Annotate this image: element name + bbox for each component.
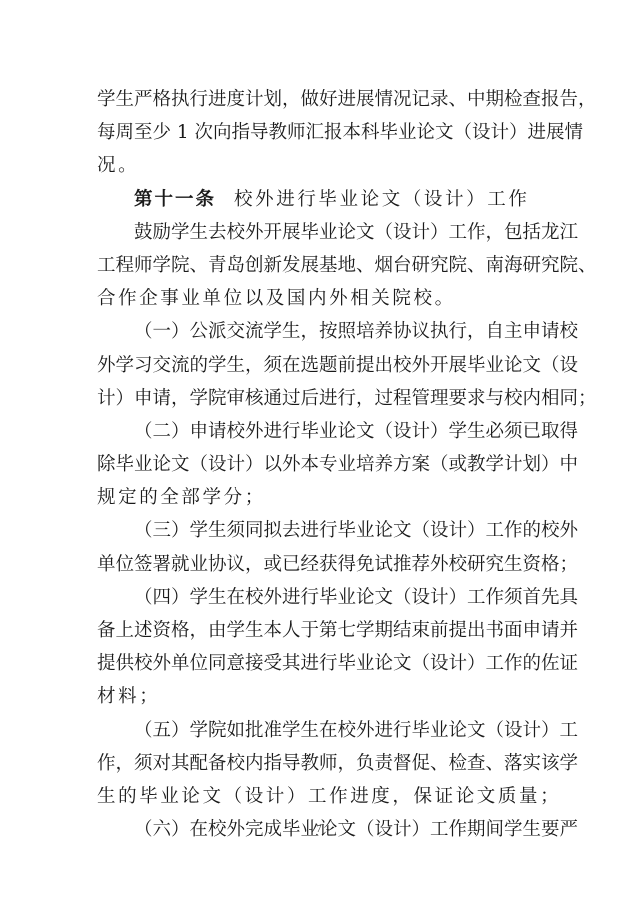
text-line: 作，须对其配备校内指导教师，负责督促、检查、落实该学 [97,747,547,780]
text-line: 鼓励学生去校外开展毕业论文（设计）工作，包括龙江 [97,216,547,249]
text-line: 况。 [97,149,547,182]
page-number: - 7 - [0,824,639,835]
text-line: 学生严格执行进度计划，做好进展情况记录、中期检查报告， [97,83,547,116]
text-line: 除毕业论文（设计）以外本专业培养方案（或教学计划）中 [97,448,547,481]
document-body: 学生严格执行进度计划，做好进展情况记录、中期检查报告， 每周至少 1 次向指导教… [97,83,547,846]
text-line: 单位签署就业协议，或已经获得免试推荐外校研究生资格； [97,548,547,581]
text-line: （五）学院如批准学生在校外进行毕业论文（设计）工 [97,714,547,747]
text-line: 外学习交流的学生，须在选题前提出校外开展毕业论文（设 [97,349,547,382]
text-line: 生的毕业论文（设计）工作进度，保证论文质量； [97,780,547,813]
text-line: 计）申请，学院审核通过后进行，过程管理要求与校内相同； [97,382,547,415]
text-line: （四）学生在校外进行毕业论文（设计）工作须首先具 [97,581,547,614]
text-line: 规定的全部学分； [97,481,547,514]
text-line: 每周至少 1 次向指导教师汇报本科毕业论文（设计）进展情 [97,116,547,149]
article-heading: 第十一条校外进行毕业论文（设计）工作 [97,183,547,216]
text-line: 备上述资格，由学生本人于第七学期结束前提出书面申请并 [97,614,547,647]
text-line: （二）申请校外进行毕业论文（设计）学生必须已取得 [97,415,547,448]
article-title: 校外进行毕业论文（设计）工作 [234,189,529,210]
text-line: （三）学生须同拟去进行毕业论文（设计）工作的校外 [97,514,547,547]
text-line: 合作企事业单位以及国内外相关院校。 [97,282,547,315]
text-line: 工程师学院、青岛创新发展基地、烟台研究院、南海研究院、 [97,249,547,282]
text-line: 材料； [97,680,547,713]
text-line: 提供校外单位同意接受其进行毕业论文（设计）工作的佐证 [97,647,547,680]
article-number: 第十一条 [134,189,216,210]
text-line: （一）公派交流学生，按照培养协议执行，自主申请校 [97,315,547,348]
